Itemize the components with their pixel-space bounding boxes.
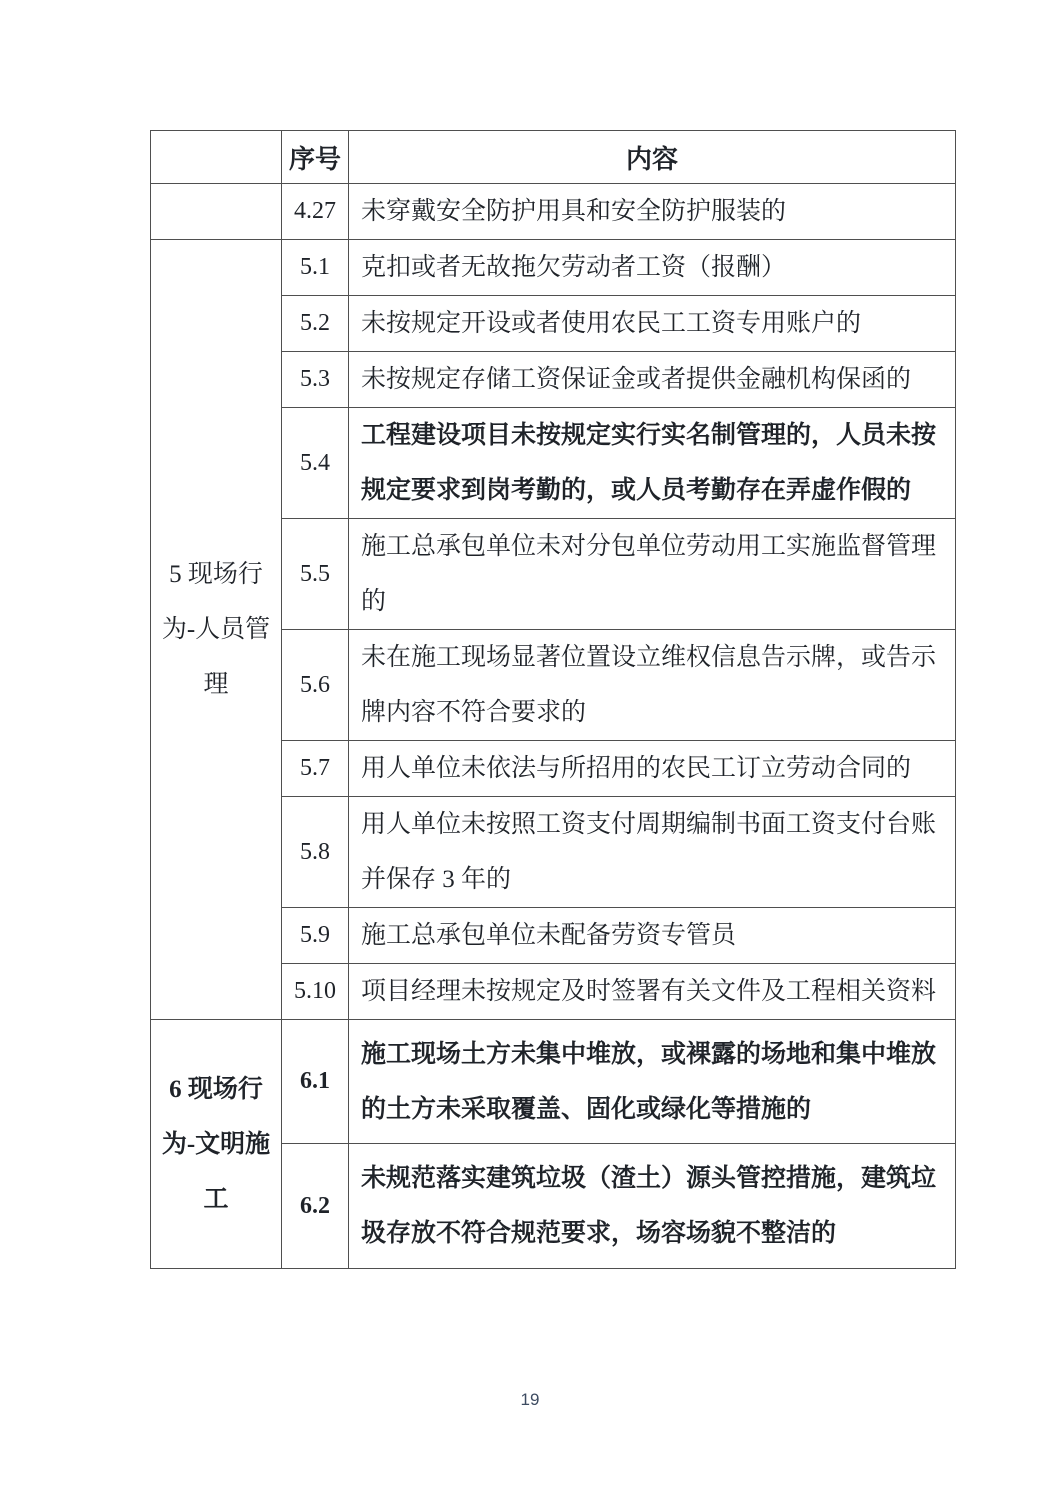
row-content: 工程建设项目未按规定实行实名制管理的，人员未按规定要求到岗考勤的，或人员考勤存在… — [349, 408, 956, 519]
row-serial: 6.1 — [282, 1020, 349, 1144]
row-serial: 5.1 — [282, 240, 349, 296]
page-number: 19 — [0, 1390, 1060, 1410]
category-cell-group5: 5 现场行 为-人员管 理 — [151, 240, 282, 1020]
row-content: 未在施工现场显著位置设立维权信息告示牌，或告示牌内容不符合要求的 — [349, 630, 956, 741]
row-serial: 5.7 — [282, 741, 349, 797]
row-serial: 5.4 — [282, 408, 349, 519]
row-content: 未按规定开设或者使用农民工工资专用账户的 — [349, 296, 956, 352]
row-content: 施工总承包单位未配备劳资专管员 — [349, 908, 956, 964]
row-serial: 5.2 — [282, 296, 349, 352]
document-page: 序号 内容 4.27 未穿戴安全防护用具和安全防护服装的 5 现场行 为-人员管… — [0, 0, 1060, 1500]
table-row: 4.27 未穿戴安全防护用具和安全防护服装的 — [151, 184, 956, 240]
header-content-cell: 内容 — [349, 131, 956, 184]
row-serial: 5.5 — [282, 519, 349, 630]
row-content: 克扣或者无故拖欠劳动者工资（报酬） — [349, 240, 956, 296]
table-row: 5 现场行 为-人员管 理 5.1 克扣或者无故拖欠劳动者工资（报酬） — [151, 240, 956, 296]
table-row: 6 现场行 为-文明施 工 6.1 施工现场土方未集中堆放，或裸露的场地和集中堆… — [151, 1020, 956, 1144]
row-content: 项目经理未按规定及时签署有关文件及工程相关资料 — [349, 964, 956, 1020]
row-content: 施工现场土方未集中堆放，或裸露的场地和集中堆放的土方未采取覆盖、固化或绿化等措施… — [349, 1020, 956, 1144]
row-content: 用人单位未按照工资支付周期编制书面工资支付台账并保存 3 年的 — [349, 797, 956, 908]
row-serial: 5.9 — [282, 908, 349, 964]
category-cell-group4 — [151, 184, 282, 240]
row-serial: 6.2 — [282, 1144, 349, 1269]
row-serial: 5.3 — [282, 352, 349, 408]
row-content: 用人单位未依法与所招用的农民工订立劳动合同的 — [349, 741, 956, 797]
regulation-table: 序号 内容 4.27 未穿戴安全防护用具和安全防护服装的 5 现场行 为-人员管… — [150, 130, 956, 1269]
row-serial: 4.27 — [282, 184, 349, 240]
row-content: 施工总承包单位未对分包单位劳动用工实施监督管理的 — [349, 519, 956, 630]
row-serial: 5.10 — [282, 964, 349, 1020]
row-content: 未按规定存储工资保证金或者提供金融机构保函的 — [349, 352, 956, 408]
category-cell-group6: 6 现场行 为-文明施 工 — [151, 1020, 282, 1269]
table-header-row: 序号 内容 — [151, 131, 956, 184]
header-no-cell: 序号 — [282, 131, 349, 184]
row-content: 未规范落实建筑垃圾（渣土）源头管控措施，建筑垃圾存放不符合规范要求，场容场貌不整… — [349, 1144, 956, 1269]
header-category-cell — [151, 131, 282, 184]
row-content: 未穿戴安全防护用具和安全防护服装的 — [349, 184, 956, 240]
row-serial: 5.6 — [282, 630, 349, 741]
row-serial: 5.8 — [282, 797, 349, 908]
